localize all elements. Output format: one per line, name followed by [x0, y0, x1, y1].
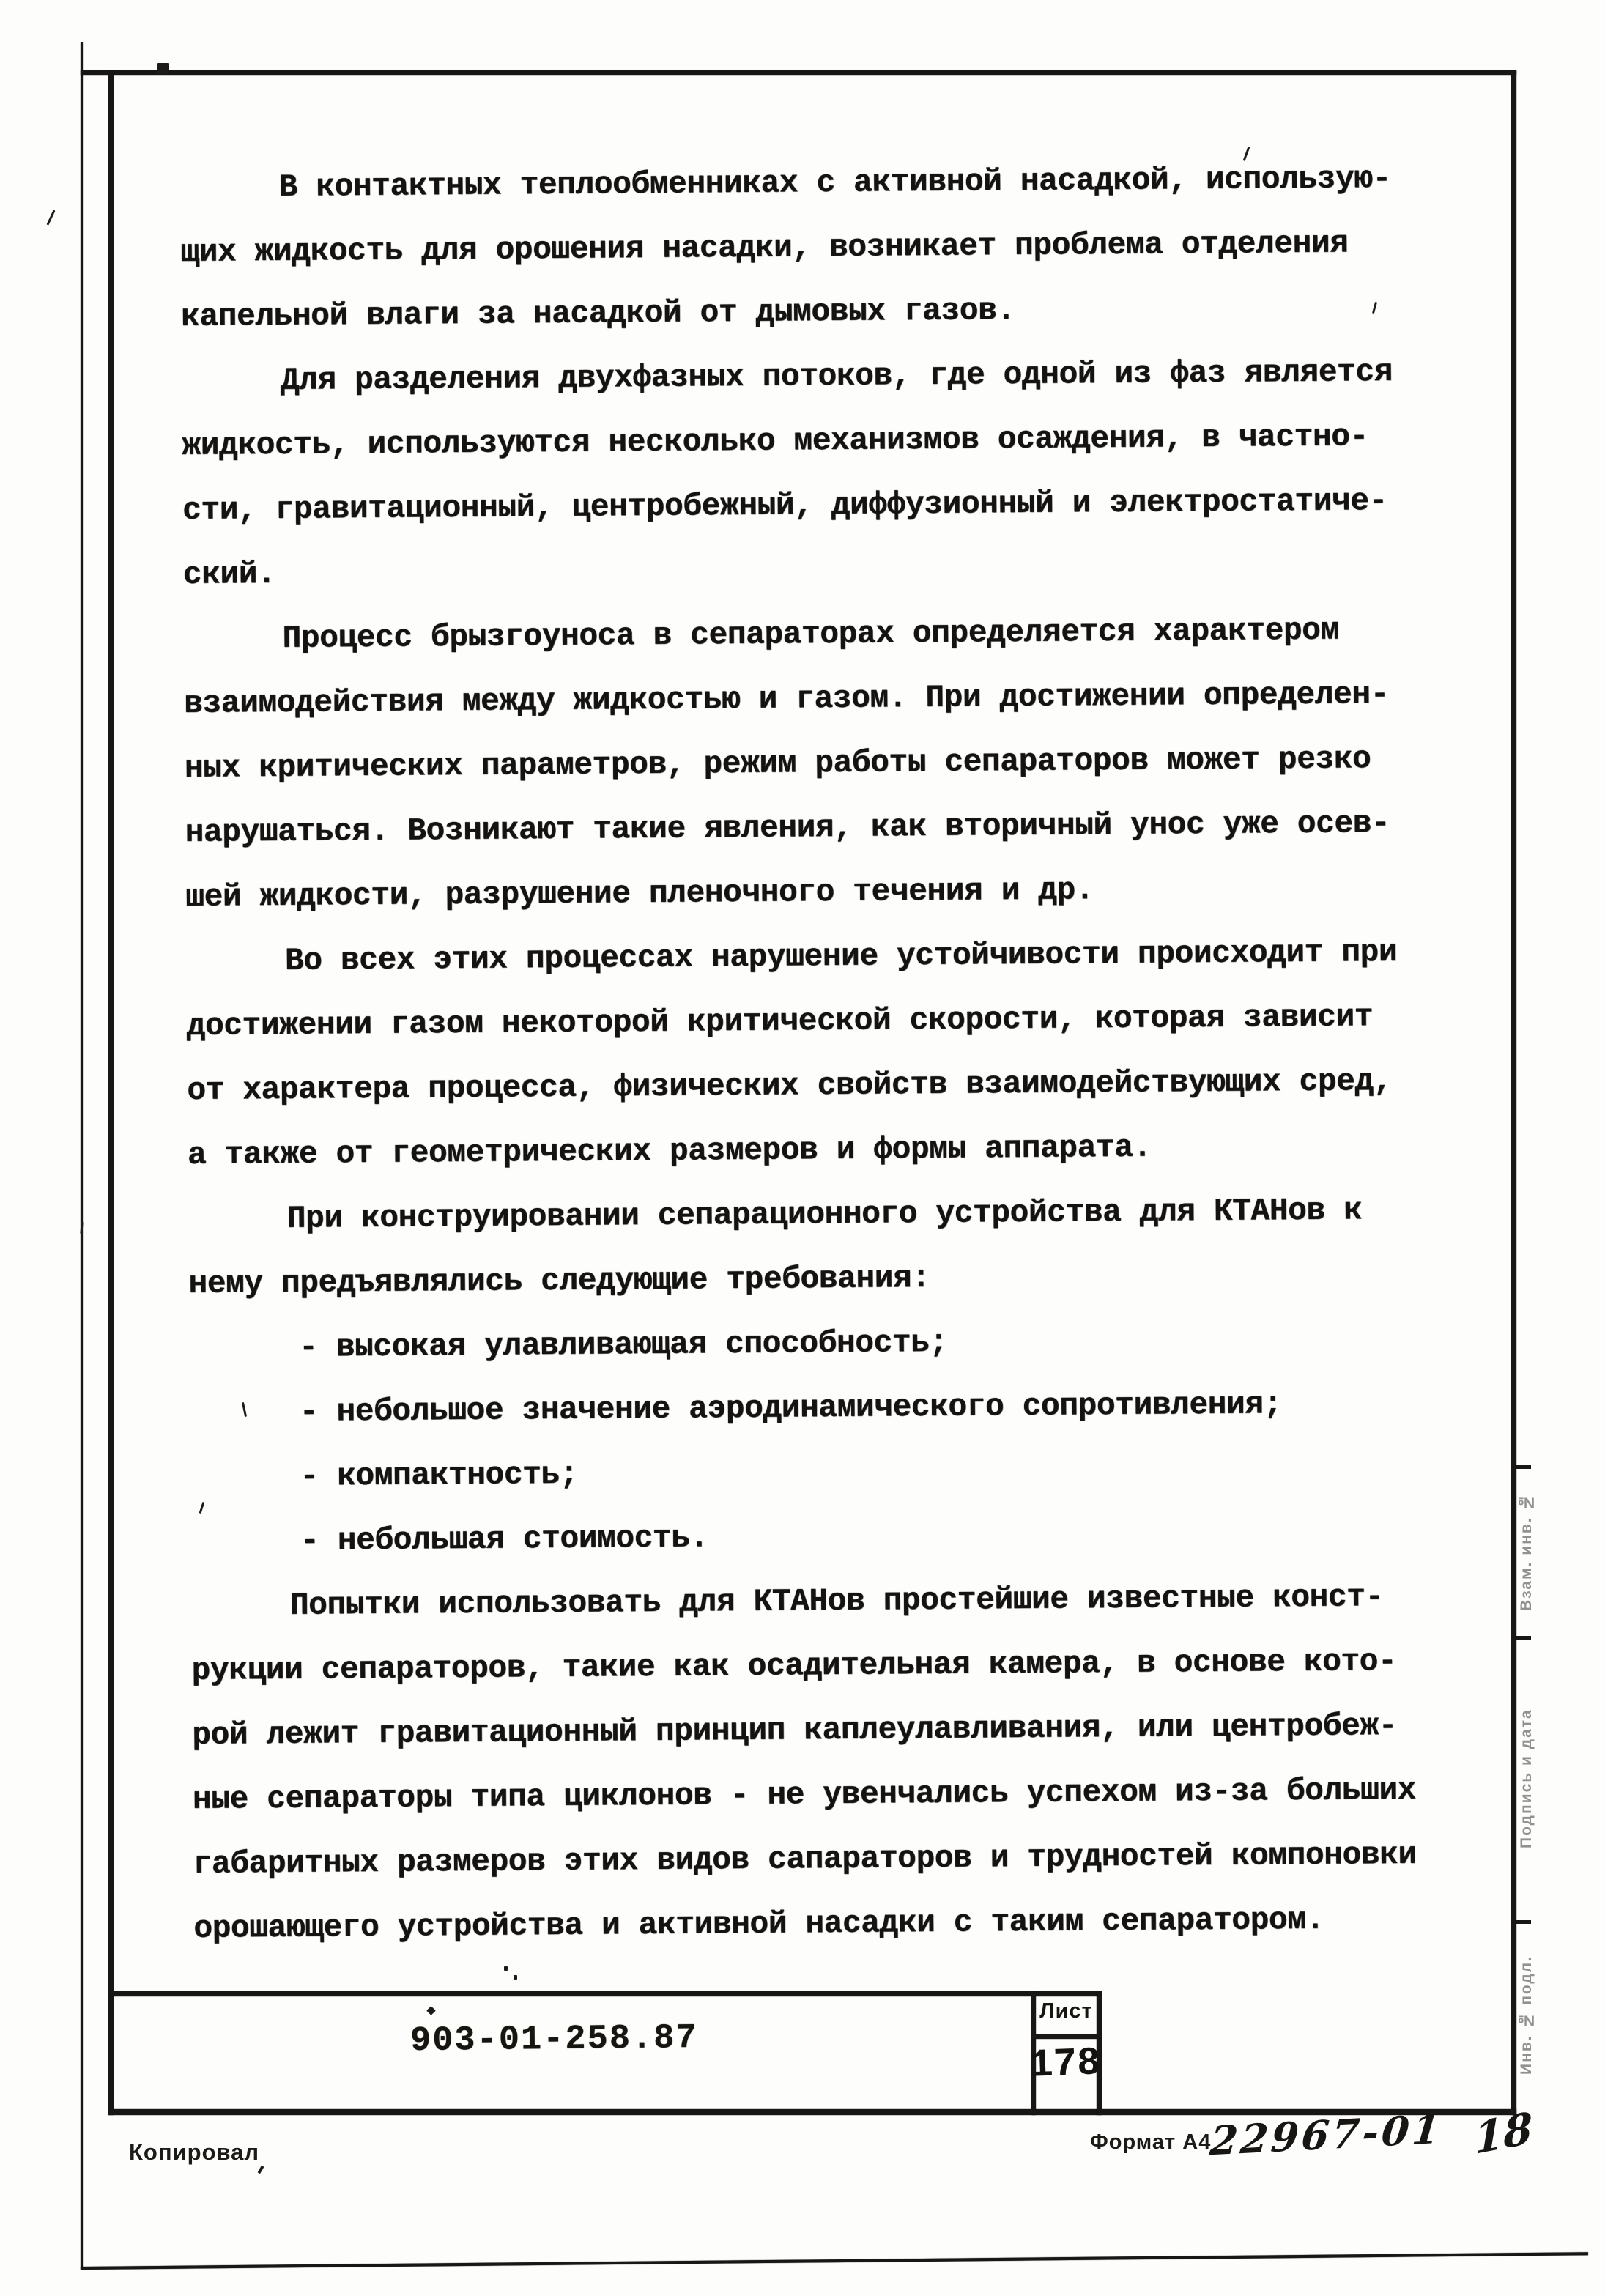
text-line: нему предъявлялись следующие требования:	[188, 1242, 1484, 1317]
sheet-box-divider-line	[1031, 2034, 1102, 2039]
scan-artifact	[80, 1222, 83, 1234]
scanned-document-page: В контактных теплообменниках с активной …	[0, 0, 1605, 2296]
text-line: ных критических параметров, режим работы…	[185, 726, 1480, 801]
requirement-line: - небольшая стоимость.	[190, 1500, 1486, 1574]
text-line: сти, гравитационный, центробежный, диффу…	[182, 468, 1478, 543]
text-line: капельной влаги за насадкой от дымовых г…	[181, 275, 1477, 349]
text-line: от характера процесса, физических свойст…	[187, 1048, 1483, 1123]
scan-artifact	[514, 1975, 517, 1980]
handwritten-sheet-number: 18	[1474, 2103, 1532, 2164]
requirement-line: - небольшое значение аэродинамического с…	[189, 1371, 1485, 1445]
margin-tick	[1513, 1636, 1531, 1640]
sheet-number: 178	[1028, 2041, 1102, 2088]
paper-format-label: Формат А4	[1090, 2130, 1211, 2155]
copied-by-label: Копировал	[129, 2139, 259, 2166]
text-line: габаритных размеров этих видов сапаратор…	[193, 1822, 1489, 1897]
margin-tick	[1513, 1920, 1531, 1924]
text-line: При конструировании сепарационного устро…	[188, 1177, 1483, 1252]
text-line: взаимодействия между жидкостью и газом. …	[184, 662, 1480, 736]
frame-right-border	[1511, 70, 1516, 2115]
frame-top-border	[81, 70, 1516, 75]
margin-tick	[1513, 1465, 1531, 1469]
text-line: Для разделения двухфазных потоков, где о…	[181, 339, 1477, 414]
scan-artifact	[46, 210, 55, 225]
margin-label-inv-podl: Инв. № подл.	[1518, 1925, 1538, 2106]
text-line: рой лежит гравитационный принцип каплеул…	[192, 1693, 1488, 1768]
requirement-line: - компактность;	[190, 1435, 1486, 1510]
text-line: жидкость, используются несколько механиз…	[182, 404, 1478, 478]
typewritten-text-block: В контактных теплообменниках с активной …	[179, 146, 1489, 1961]
sheet-label: Лист	[1031, 1999, 1101, 2023]
scan-artifact	[157, 63, 169, 74]
scan-artifact	[504, 1966, 508, 1971]
text-line: щих жидкость для орошения насадки, возни…	[180, 210, 1476, 285]
margin-label-podpis-data: Подпись и дата	[1518, 1641, 1538, 1917]
text-line: Процесс брызгоуноса в сепараторах опреде…	[183, 597, 1479, 672]
document-number: 903-01-258.87	[410, 2019, 698, 2061]
text-line: Попытки использовать для КТАНов простейш…	[191, 1564, 1487, 1639]
text-line: В контактных теплообменниках с активной …	[179, 146, 1475, 221]
outer-left-border	[81, 42, 83, 2270]
margin-label-vzam-inv: Взам. инв. №	[1518, 1471, 1538, 1632]
frame-left-border	[108, 70, 114, 2115]
title-block-top-line	[108, 1991, 1101, 1996]
scan-artifact	[426, 2006, 436, 2015]
text-line: орошающего устройства и активной насадки…	[193, 1886, 1489, 1961]
text-line: Во всех этих процессах нарушение устойчи…	[186, 919, 1482, 994]
outer-bottom-border	[81, 2252, 1588, 2270]
text-line: рукции сепараторов, такие как осадительн…	[191, 1629, 1487, 1703]
text-line: а также от геометрических размеров и фор…	[188, 1113, 1483, 1188]
text-line: нарушаться. Возникают такие явления, как…	[185, 790, 1480, 865]
text-line: достижении газом некоторой критической с…	[186, 984, 1482, 1059]
text-line: ский.	[182, 533, 1478, 607]
text-line: ные сепараторы типа циклонов - не увенча…	[193, 1758, 1489, 1832]
requirement-line: - высокая улавливающая способность;	[189, 1306, 1485, 1381]
text-line: шей жидкости, разрушение пленочного тече…	[185, 855, 1481, 930]
scan-artifact	[258, 2166, 264, 2174]
